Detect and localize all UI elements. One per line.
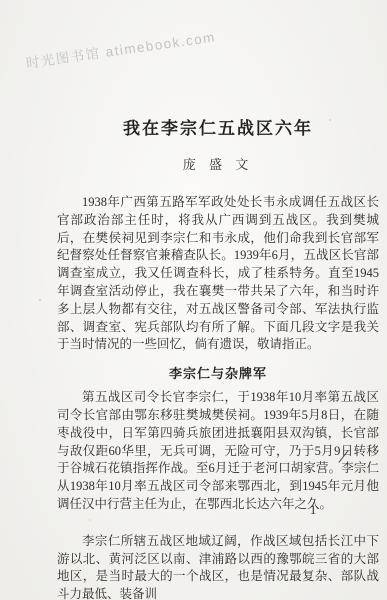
page-content: 我在李宗仁五战区六年 庞 盛 文 1938年广西第五路军军政处处长韦永成调任五战… bbox=[57, 114, 379, 600]
section-paragraph-2: 李宗仁所辖五战区地域辽阔，作战区域包括长江中下游以北、黄河泛区以南、津浦路以西的… bbox=[57, 533, 379, 600]
section-paragraph-1: 第五战区司令长官李宗仁，于1938年10月率第五战区司令长官部由鄂东移驻樊城樊侯… bbox=[57, 389, 379, 514]
article-title: 我在李宗仁五战区六年 bbox=[57, 114, 379, 139]
intro-paragraph: 1938年广西第五路军军政处处长韦永成调任五战区长官部政治部主任时，将我从广西调… bbox=[57, 194, 379, 354]
article-author: 庞 盛 文 bbox=[57, 154, 379, 173]
library-watermark: 时光图书馆 atimebook.com bbox=[25, 25, 217, 71]
scanned-book-page: 时光图书馆 atimebook.com 我在李宗仁五战区六年 庞 盛 文 193… bbox=[0, 0, 387, 600]
section-heading: 李宗仁与杂牌军 bbox=[57, 363, 379, 382]
page-number: 1 bbox=[310, 503, 316, 518]
